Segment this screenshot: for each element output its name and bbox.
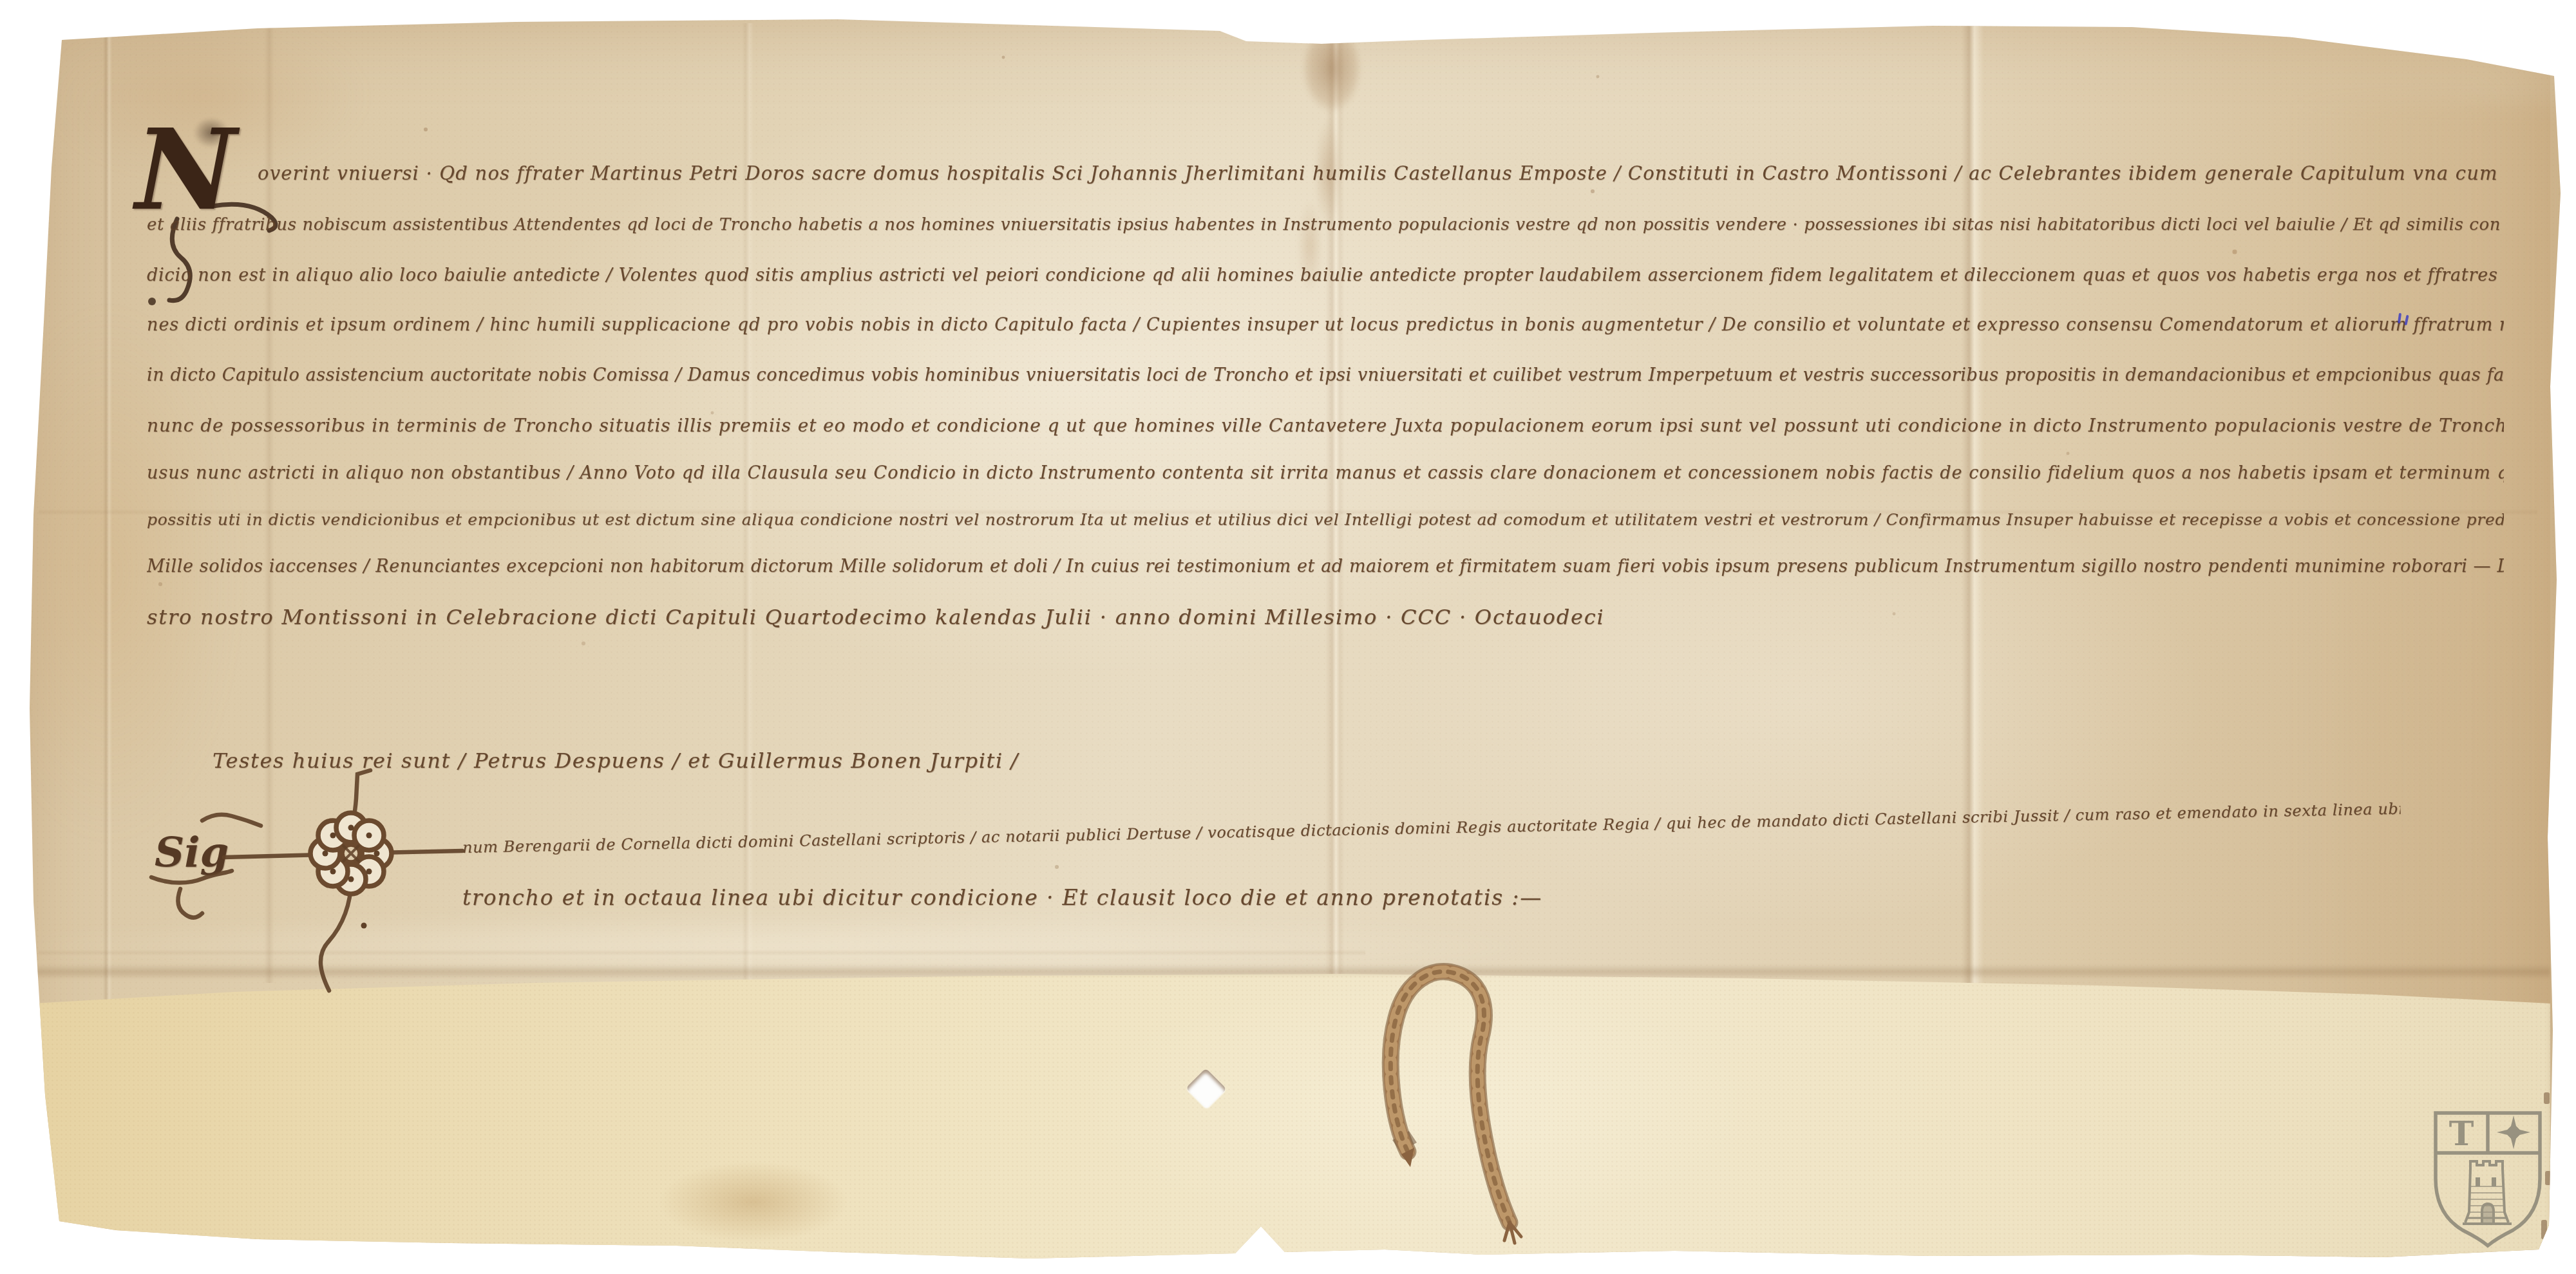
archive-stamp-icon: T — [2429, 1108, 2545, 1246]
plica-fold — [32, 970, 2550, 1274]
blue-ink-mark — [2398, 313, 2411, 327]
charter-line: overint vniuersi · Qd nos ffrater Martin… — [258, 162, 2499, 184]
initial-flourish-icon — [116, 193, 309, 322]
stamp-star-icon — [2497, 1116, 2530, 1149]
stamp-letter-t: T — [2449, 1114, 2474, 1154]
charter-line: dicio non est in aliquo alio loco baiuli… — [147, 265, 2504, 285]
charter-line: usus nunc astricti in aliquo non obstant… — [147, 463, 2504, 483]
charter-line: nunc de possessoribus in terminis de Tro… — [147, 415, 2504, 436]
notarial-knot-icon — [52, 741, 528, 1005]
charter-line: stro nostro Montissoni in Celebracione d… — [147, 605, 1602, 629]
charter-line: in dicto Capitulo assistencium auctorita… — [147, 365, 2504, 385]
charter-line: possitis uti in dictis vendicionibus et … — [147, 510, 2504, 529]
charter-line: Mille solidos iaccenses / Renunciantes e… — [147, 556, 2504, 576]
stamp-tower-icon — [2463, 1161, 2512, 1224]
seal-cord — [1352, 927, 1565, 1262]
notary-subscription-line: num Berengarii de Cornella dicti domini … — [462, 800, 2401, 857]
charter-line: et aliis ffratribus nobiscum assistentib… — [147, 215, 2504, 234]
scanned-charter-image: N overint vniuersi · Qd nos ffrater Mart… — [0, 0, 2576, 1274]
ink-blot — [193, 117, 229, 148]
edge-chip — [2545, 1171, 2551, 1185]
parchment-sheet: N overint vniuersi · Qd nos ffrater Mart… — [0, 0, 2576, 1274]
charter-line: nes dicti ordinis et ipsum ordinem / hin… — [147, 315, 2504, 335]
edge-chip — [2541, 1220, 2547, 1239]
ink-freckles — [0, 0, 1, 1]
notary-closing-line: troncho et in octaua linea ubi dicitur c… — [462, 885, 1564, 910]
edge-chip — [2544, 1092, 2550, 1104]
